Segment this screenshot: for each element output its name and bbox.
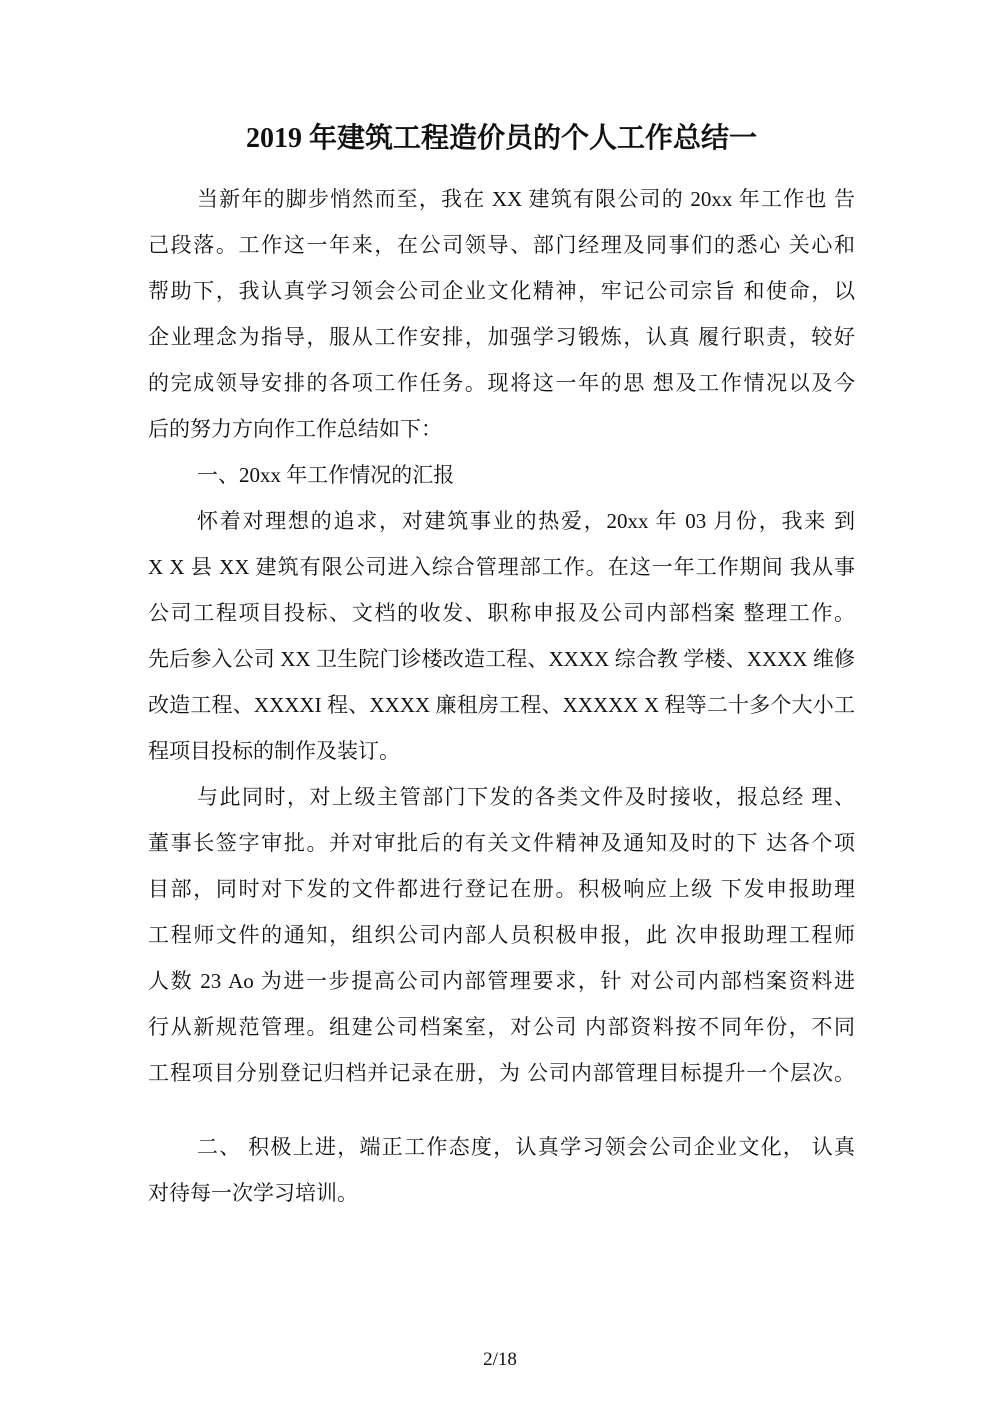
paragraph-spacer — [148, 1096, 855, 1124]
text-line: 董事长签字审批。并对审批后的有关文件精神及通知及时的下 达各个项 — [148, 820, 855, 866]
text-line: 怀着对理想的追求，对建筑事业的热爱，20xx 年 03 月份，我来 到 — [148, 498, 855, 544]
document-content: 2019 年建筑工程造价员的个人工作总结一 当新年的脚步悄然而至，我在 XX 建… — [148, 118, 855, 1216]
text-line: 一、20xx 年工作情况的汇报 — [148, 452, 855, 498]
document-page: 2019 年建筑工程造价员的个人工作总结一 当新年的脚步悄然而至，我在 XX 建… — [0, 0, 1000, 1415]
page-number: 2/18 — [483, 1349, 517, 1370]
text-line: 先后参入公司 XX 卫生院门诊楼改造工程、XXXX 综合教 学楼、XXXX 维修 — [148, 636, 855, 682]
text-line: 行从新规范管理。组建公司档案室，对公司 内部资料按不同年份，不同 — [148, 1004, 855, 1050]
text-line: 后的努力方向作工作总结如下： — [148, 406, 855, 452]
text-line: 帮助下，我认真学习领会公司企业文化精神，牢记公司宗旨 和使命，以 — [148, 268, 855, 314]
document-body: 当新年的脚步悄然而至，我在 XX 建筑有限公司的 20xx 年工作也 告己段落。… — [148, 176, 855, 1216]
text-line: 对待每一次学习培训。 — [148, 1170, 855, 1216]
text-line: 当新年的脚步悄然而至，我在 XX 建筑有限公司的 20xx 年工作也 告 — [148, 176, 855, 222]
text-line: 的完成领导安排的各项工作任务。现将这一年的思 想及工作情况以及今 — [148, 360, 855, 406]
page-title: 2019 年建筑工程造价员的个人工作总结一 — [148, 118, 855, 160]
text-line: 目部，同时对下发的文件都进行登记在册。积极响应上级 下发申报助理 — [148, 866, 855, 912]
text-line: 与此同时，对上级主管部门下发的各类文件及时接收，报总经 理、 — [148, 774, 855, 820]
text-line: 程项目投标的制作及装订。 — [148, 728, 855, 774]
page-footer: 2/18 — [0, 1349, 1000, 1371]
text-line: 企业理念为指导，服从工作安排，加强学习锻炼，认真 履行职责，较好 — [148, 314, 855, 360]
text-line: 二、 积极上进，端正工作态度，认真学习领会公司企业文化， 认真 — [148, 1124, 855, 1170]
text-line: X X 县 XX 建筑有限公司进入综合管理部工作。在这一年工作期间 我从事 — [148, 544, 855, 590]
text-line: 工程师文件的通知，组织公司内部人员积极申报，此 次申报助理工程师 — [148, 912, 855, 958]
text-line: 公司工程项目投标、文档的收发、职称申报及公司内部档案 整理工作。 — [148, 590, 855, 636]
text-line: 己段落。工作这一年来，在公司领导、部门经理及同事们的悉心 关心和 — [148, 222, 855, 268]
text-line: 改造工程、XXXXI 程、XXXX 廉租房工程、XXXXX X 程等二十多个大小… — [148, 682, 855, 728]
text-line: 工程项目分别登记归档并记录在册，为 公司内部管理目标提升一个层次。 — [148, 1050, 855, 1096]
text-line: 人数 23 Ao 为进一步提高公司内部管理要求，针 对公司内部档案资料进 — [148, 958, 855, 1004]
